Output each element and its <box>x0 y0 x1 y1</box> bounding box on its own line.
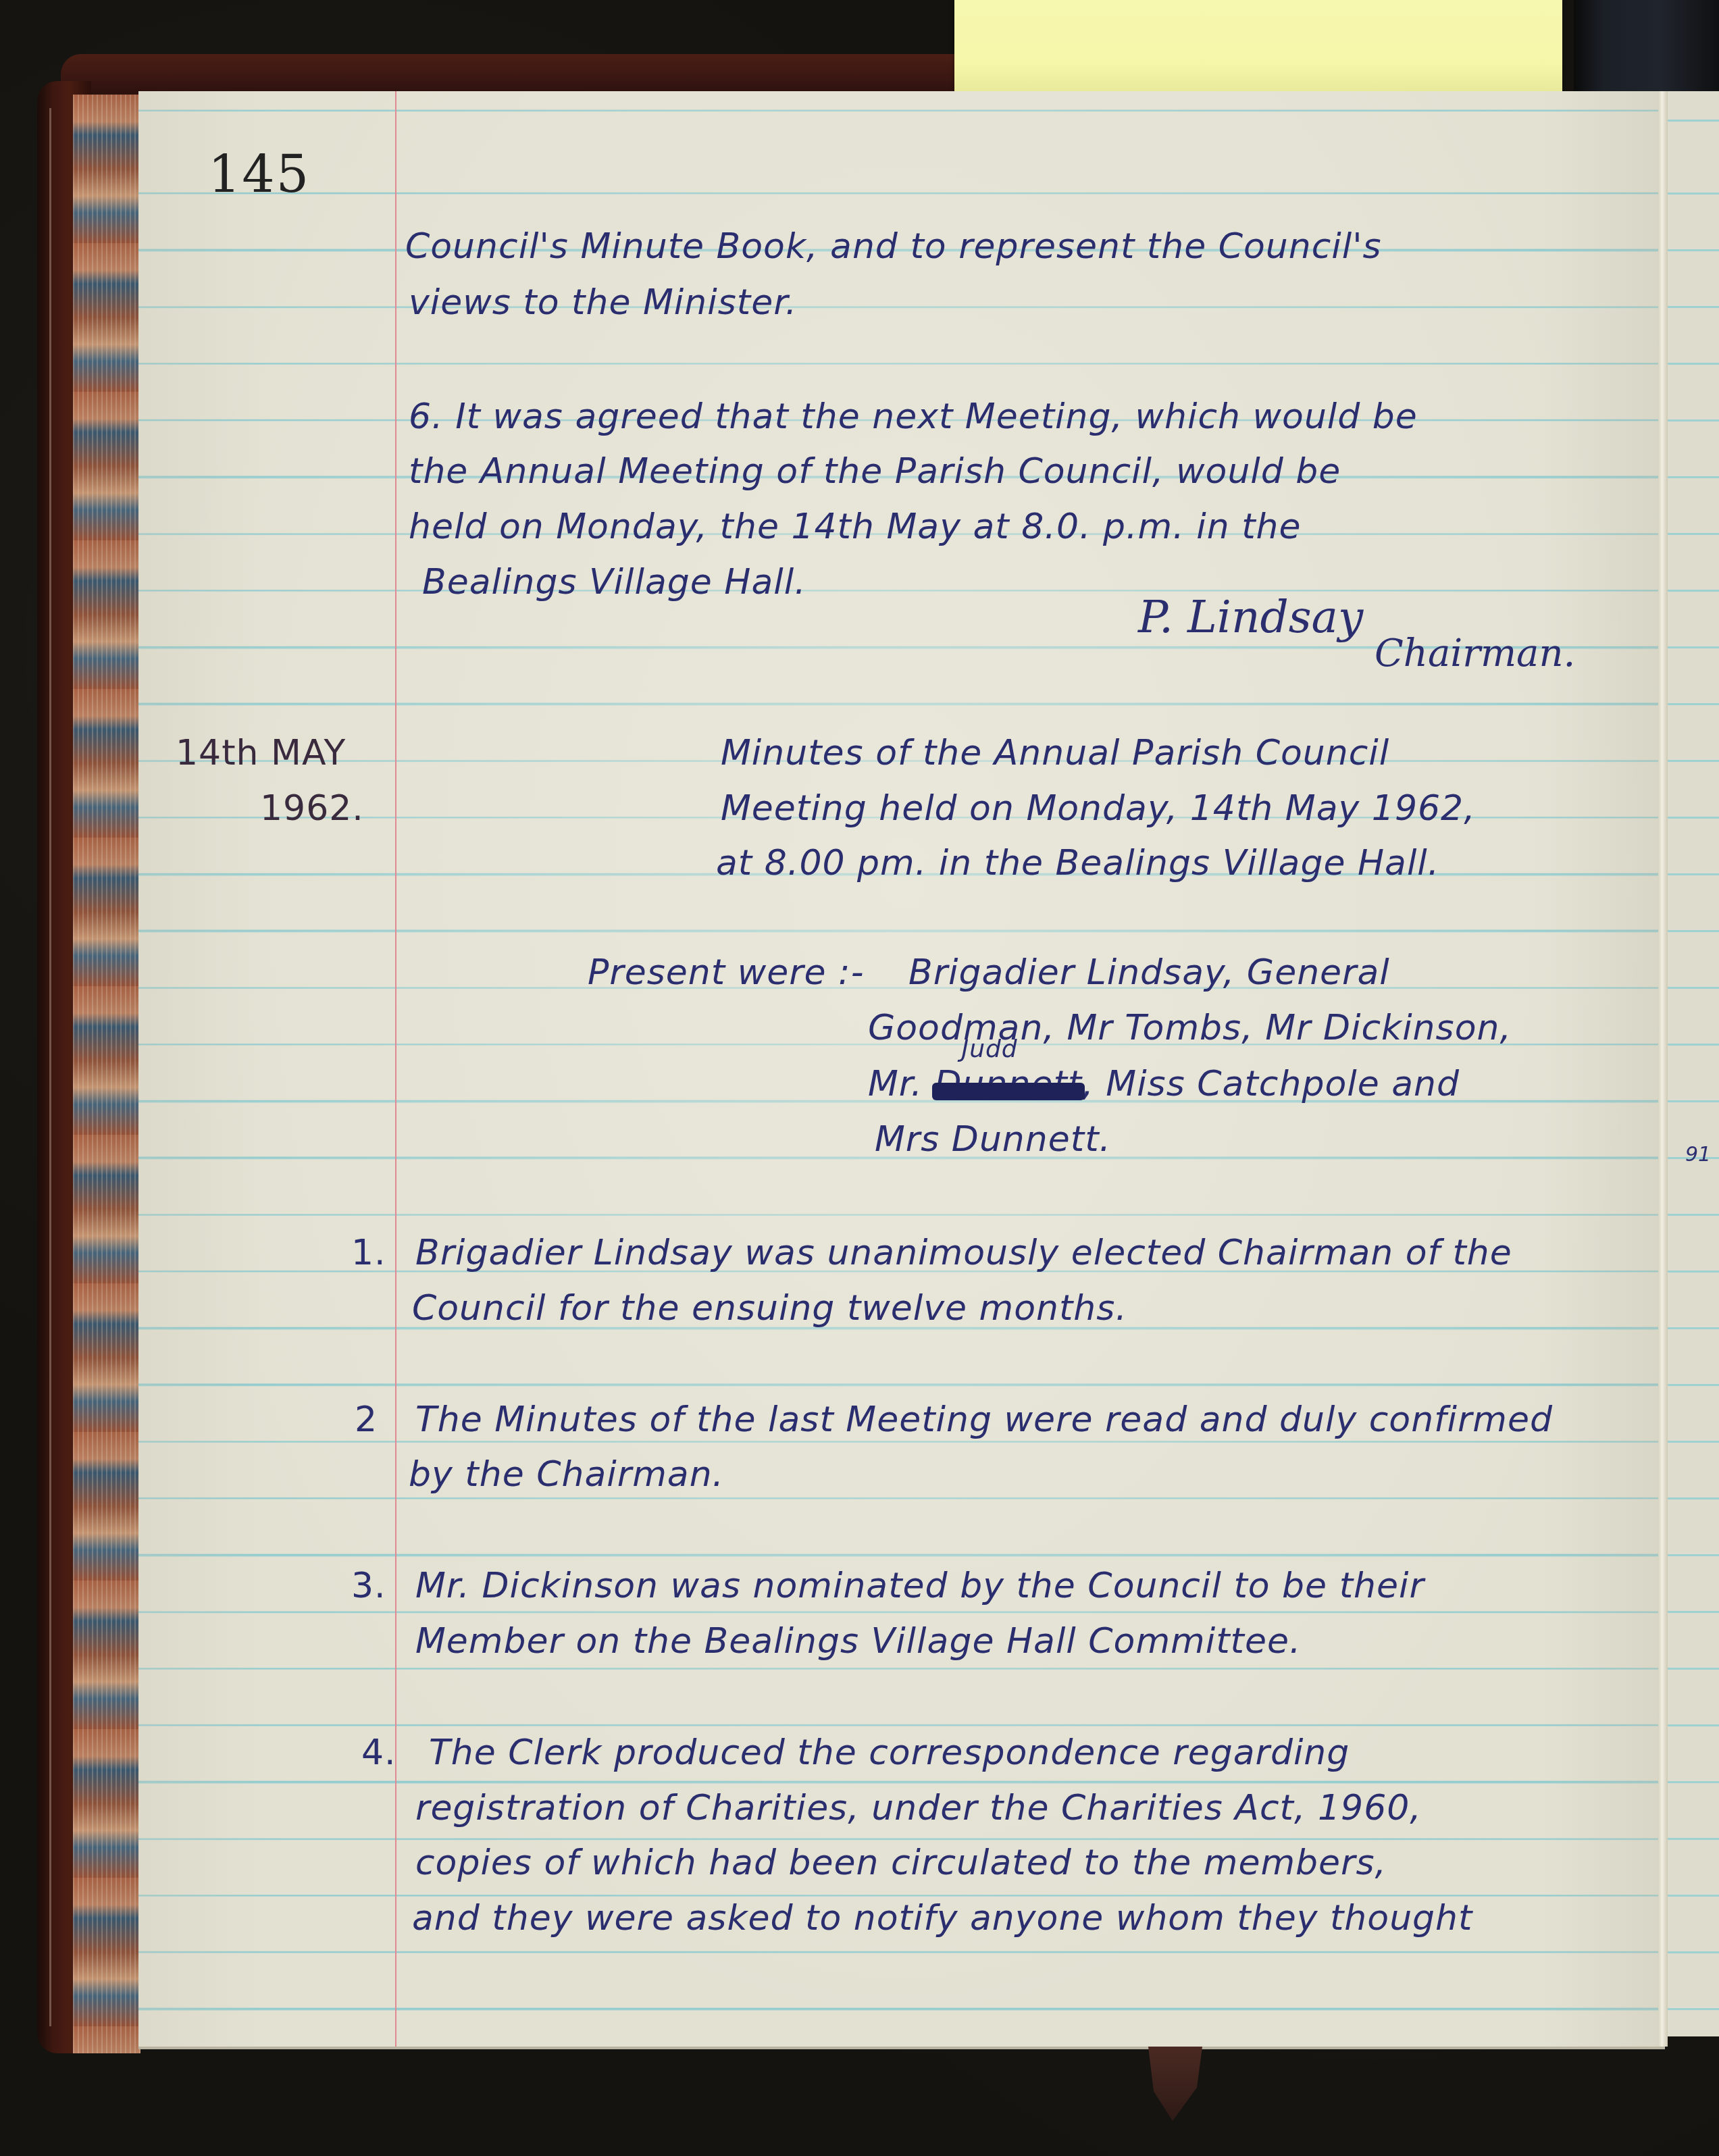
item-2-line-1: The Minutes of the last Meeting were rea… <box>415 1400 1553 1440</box>
item-6-line-2: the Annual Meeting of the Parish Council… <box>409 451 1341 492</box>
item-3-number: 3. <box>351 1566 386 1606</box>
item-4-line-3: copies of which had been circulated to t… <box>415 1843 1387 1883</box>
item-2-number: 2 <box>355 1400 378 1440</box>
continuation-line-1: Council's Minute Book, and to represent … <box>405 226 1382 267</box>
item-2-line-2: by the Chairman. <box>409 1454 724 1495</box>
struck-out-name: Dunnett Judd <box>935 1064 1083 1104</box>
item-6-number: 6. <box>409 396 444 437</box>
item-3-line-1: Mr. Dickinson was nominated by the Counc… <box>415 1566 1425 1606</box>
chairman-signature: P. Lindsay <box>1138 591 1363 643</box>
page-gutter <box>1658 91 1668 2047</box>
facing-page-mark: 91 <box>1685 1143 1711 1166</box>
minute-book-page: 145 Council's Minute Book, and to repres… <box>138 91 1665 2049</box>
item-6-line-1: 6. It was agreed that the next Meeting, … <box>409 396 1418 437</box>
attendance-line-4: Mrs Dunnett. <box>875 1119 1111 1160</box>
present-label: Present were :- <box>588 952 864 993</box>
attendance-line-3: Mr. Dunnett Judd , Miss Catchpole and <box>868 1064 1460 1104</box>
item-4-line-1: The Clerk produced the correspondence re… <box>429 1732 1350 1773</box>
marbled-page-edges <box>73 95 140 2053</box>
ink-strikethrough <box>932 1083 1085 1100</box>
item-6-line-3: held on Monday, the 14th May at 8.0. p.m… <box>409 507 1302 547</box>
sticky-note-tab <box>954 0 1562 91</box>
item-3-line-2: Member on the Bealings Village Hall Comm… <box>415 1621 1301 1662</box>
page-number: 145 <box>208 144 310 204</box>
inserted-correction: Judd <box>962 1035 1018 1063</box>
continuation-line-2: views to the Minister. <box>409 282 797 323</box>
item-4-line-4: and they were asked to notify anyone who… <box>412 1898 1472 1939</box>
item-6-line-4: Bealings Village Hall. <box>422 562 806 602</box>
heading-line-1: Minutes of the Annual Parish Council <box>721 733 1389 773</box>
adjacent-book-edge <box>1574 0 1719 91</box>
item-4-number: 4. <box>361 1732 396 1773</box>
item-1-line-1: Brigadier Lindsay was unanimously electe… <box>415 1233 1512 1273</box>
item-1-line-2: Council for the ensuing twelve months. <box>412 1288 1127 1329</box>
attendance-line-1: Brigadier Lindsay, General <box>908 952 1390 993</box>
heading-line-2: Meeting held on Monday, 14th May 1962, <box>721 788 1476 829</box>
heading-line-3: at 8.00 pm. in the Bealings Village Hall… <box>716 843 1439 883</box>
item-1-number: 1. <box>351 1233 386 1273</box>
margin-date-year: 1962. <box>260 788 364 829</box>
book-cover-top <box>61 54 956 95</box>
facing-page-edge <box>1668 91 1719 2036</box>
margin-date-day: 14th MAY <box>176 733 346 773</box>
chairman-title: Chairman. <box>1375 632 1575 675</box>
item-4-line-2: registration of Charities, under the Cha… <box>415 1788 1422 1828</box>
